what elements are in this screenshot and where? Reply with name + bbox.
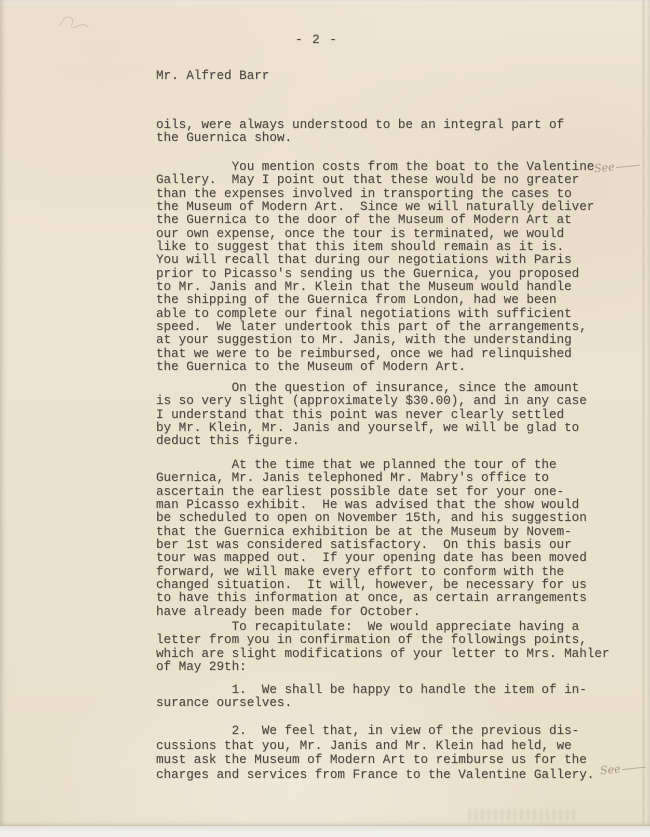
- scanned-letter-page: - 2 - Mr. Alfred Barr oils, were always …: [0, 0, 650, 837]
- paper-crease: [642, 0, 645, 826]
- letter-paper: - 2 - Mr. Alfred Barr oils, were always …: [0, 0, 650, 826]
- margin-note-see-top: See: [593, 158, 640, 176]
- margin-note-see-bottom: See: [599, 760, 646, 778]
- recipient-line: Mr. Alfred Barr: [156, 70, 269, 83]
- paragraph-recapitulate: To recapitulate: We would appreciate hav…: [156, 621, 609, 674]
- numbered-item-1: 1. We shall be happy to handle the item …: [156, 684, 587, 711]
- paragraph-intro: oils, were always understood to be an in…: [156, 119, 564, 146]
- pencil-scribble-mark: [50, 4, 100, 38]
- ink-bleed-through-mark: [468, 809, 576, 821]
- numbered-item-2: 2. We feel that, in view of the previous…: [156, 724, 594, 782]
- paragraph-insurance: On the question of insurance, since the …: [156, 382, 587, 449]
- paragraph-tour-dates: At the time that we planned the tour of …: [156, 459, 587, 619]
- paragraph-shipping-costs: You mention costs from the boat to the V…: [156, 161, 594, 375]
- scan-background-strip: [0, 826, 650, 837]
- page-number: - 2 -: [295, 34, 338, 47]
